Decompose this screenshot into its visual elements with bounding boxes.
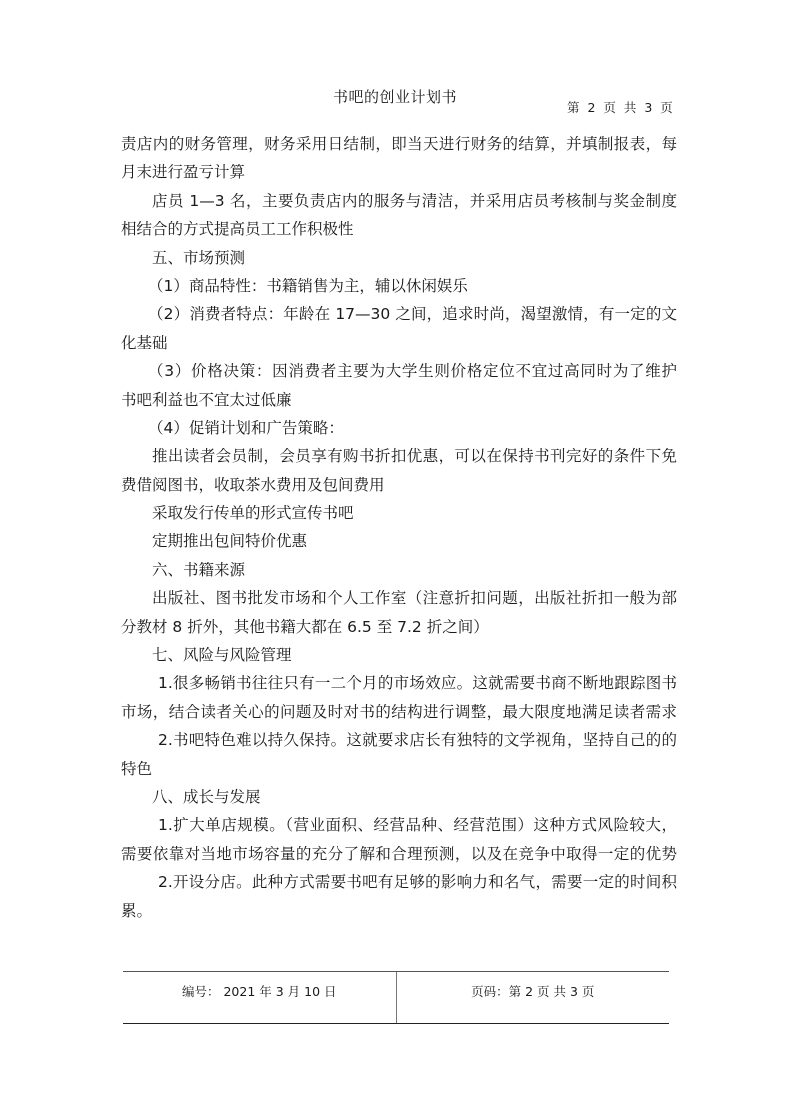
paragraph-line: 相结合的方式提高员工工作积极性 [121,215,677,243]
document-body: 责店内的财务管理，财务采用日结制，即当天进行财务的结算，并填制报表，每 月末进行… [121,130,677,925]
list-item: （2）消费者特点：年龄在 17—30 之间，追求时尚，渴望激情，有一定的文 [121,300,677,328]
paragraph-line: 需要依靠对当地市场容量的充分了解和合理预测，以及在竞争中取得一定的优势 [121,840,677,868]
section-heading: 五、市场预测 [121,244,677,272]
page-indicator: 第 2 页 共 3 页 [567,98,675,116]
paragraph-line: 费借阅图书，收取茶水费用及包间费用 [121,471,677,499]
page-footer: 编号： 2021 年 3 月 10 日 页码：第 2 页 共 3 页 [123,971,669,1024]
section-heading: 六、书籍来源 [121,556,677,584]
paragraph-line: 化基础 [121,329,677,357]
footer-serial-cell: 编号： 2021 年 3 月 10 日 [123,972,396,1023]
list-item: （1）商品特性：书籍销售为主，辅以休闲娱乐 [121,272,677,300]
footer-page-code: 页码：第 2 页 共 3 页 [471,982,594,1023]
paragraph-line: 责店内的财务管理，财务采用日结制，即当天进行财务的结算，并填制报表，每 [121,130,677,158]
paragraph-line: 推出读者会员制，会员享有购书折扣优惠，可以在保持书刊完好的条件下免 [121,442,677,470]
section-heading: 八、成长与发展 [121,783,677,811]
list-item: 2.书吧特色难以持久保持。这就要求店长有独特的文学视角，坚持自己的的 [121,726,677,754]
section-heading: 七、风险与风险管理 [121,641,677,669]
list-item: 1.扩大单店规模。（营业面积、经营品种、经营范围）这种方式风险较大， [121,811,677,839]
paragraph-line: 累。 [121,897,677,925]
list-item: 1.很多畅销书往往只有一二个月的市场效应。这就需要书商不断地跟踪图书 [121,669,677,697]
footer-page-cell: 页码：第 2 页 共 3 页 [396,972,670,1023]
list-item: 2.开设分店。此种方式需要书吧有足够的影响力和名气，需要一定的时间积 [121,868,677,896]
paragraph-line: 月末进行盈亏计算 [121,158,677,186]
paragraph-line: 分教材 8 折外，其他书籍大都在 6.5 至 7.2 折之间） [121,613,677,641]
paragraph-line: 特色 [121,755,677,783]
paragraph-line: 定期推出包间特价优惠 [121,527,677,555]
paragraph-line: 出版社、图书批发市场和个人工作室（注意折扣问题，出版社折扣一般为部 [121,584,677,612]
list-item: （4）促销计划和广告策略： [121,414,677,442]
list-item: （3）价格决策：因消费者主要为大学生则价格定位不宜过高同时为了维护 [121,357,677,385]
document-title: 书吧的创业计划书 [333,86,457,107]
paragraph-line: 店员 1—3 名，主要负责店内的服务与清洁，并采用店员考核制与奖金制度 [121,187,677,215]
paragraph-line: 书吧利益也不宜太过低廉 [121,386,677,414]
footer-serial: 编号： 2021 年 3 月 10 日 [182,982,337,1023]
paragraph-line: 市场，结合读者关心的问题及时对书的结构进行调整，最大限度地满足读者需求 [121,698,677,726]
paragraph-line: 采取发行传单的形式宣传书吧 [121,499,677,527]
